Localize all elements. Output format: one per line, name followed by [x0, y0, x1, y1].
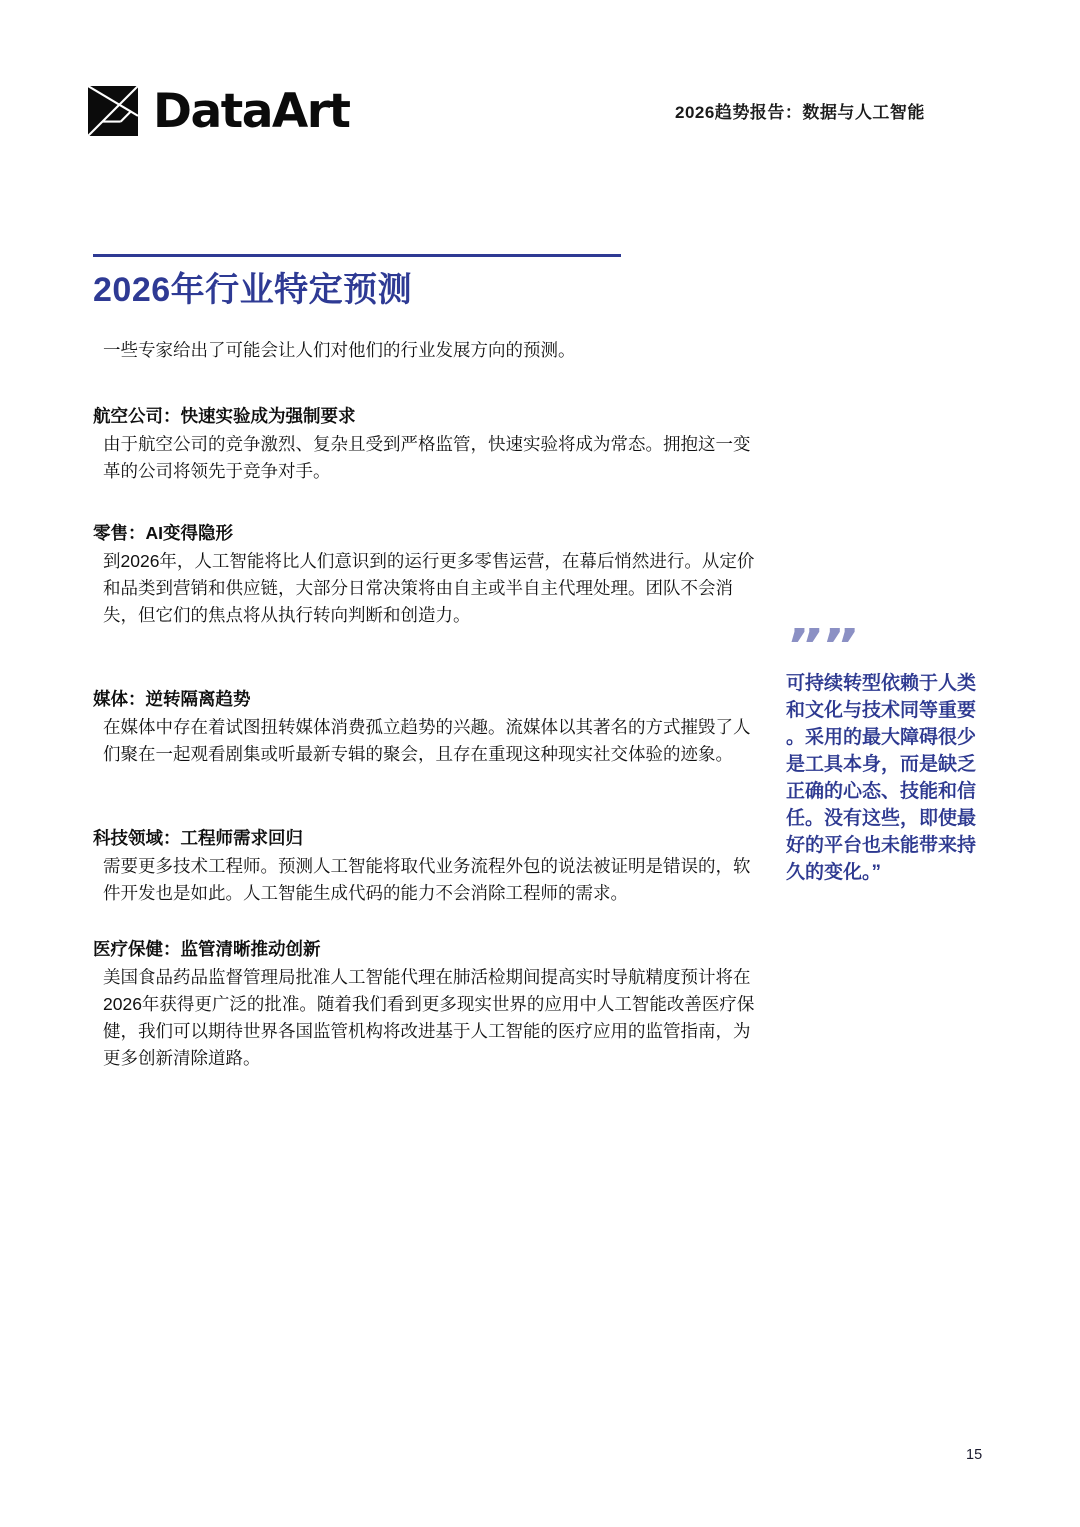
section-tech: 科技领域：工程师需求回归 需要更多技术工程师。预测人工智能将取代业务流程外包的说…	[93, 826, 760, 907]
section-healthcare-body: 美国食品药品监督管理局批准人工智能代理在肺活检期间提高实时导航精度预计将在202…	[93, 964, 760, 1072]
section-media-body: 在媒体中存在着试图扭转媒体消费孤立趋势的兴趣。流媒体以其著名的方式摧毁了人们聚在…	[93, 714, 760, 768]
logo-wordmark: DataArt	[153, 88, 349, 135]
section-media-heading: 媒体：逆转隔离趋势	[93, 687, 760, 712]
page-title: 2026年行业特定预测	[93, 270, 760, 311]
report-page: DataArt 2026趋势报告：数据与人工智能 2026年行业特定预测 一些专…	[0, 0, 1080, 1527]
section-retail-body: 到2026年，人工智能将比人们意识到的运行更多零售运营，在幕后悄然进行。从定价和…	[93, 548, 760, 629]
title-rule	[93, 254, 621, 257]
quote-marks-icon: ””	[786, 628, 992, 662]
dataart-logo: DataArt	[88, 86, 349, 136]
report-title: 2026趋势报告：数据与人工智能	[675, 98, 925, 123]
pullquote: ”” 可持续转型依赖于人类和文化与技术同等重要。采用的最大障碍很少是工具本身，而…	[786, 628, 992, 886]
section-airlines-body: 由于航空公司的竞争激烈、复杂且受到严格监管，快速实验将成为常态。拥抱这一变革的公…	[93, 431, 760, 485]
section-healthcare-heading: 医疗保健：监管清晰推动创新	[93, 937, 760, 962]
main-content: 2026年行业特定预测 一些专家给出了可能会让人们对他们的行业发展方向的预测。 …	[93, 254, 760, 1072]
pullquote-text: 可持续转型依赖于人类和文化与技术同等重要。采用的最大障碍很少是工具本身，而是缺乏…	[786, 670, 992, 886]
page-number: 15	[966, 1447, 982, 1463]
section-media: 媒体：逆转隔离趋势 在媒体中存在着试图扭转媒体消费孤立趋势的兴趣。流媒体以其著名…	[93, 687, 760, 768]
section-tech-body: 需要更多技术工程师。预测人工智能将取代业务流程外包的说法被证明是错误的，软件开发…	[93, 853, 760, 907]
dataart-logo-icon	[88, 86, 138, 136]
section-airlines-heading: 航空公司：快速实验成为强制要求	[93, 404, 760, 429]
section-tech-heading: 科技领域：工程师需求回归	[93, 826, 760, 851]
section-retail-heading: 零售：AI变得隐形	[93, 521, 760, 546]
intro-text: 一些专家给出了可能会让人们对他们的行业发展方向的预测。	[93, 337, 760, 364]
section-retail: 零售：AI变得隐形 到2026年，人工智能将比人们意识到的运行更多零售运营，在幕…	[93, 521, 760, 629]
section-airlines: 航空公司：快速实验成为强制要求 由于航空公司的竞争激烈、复杂且受到严格监管，快速…	[93, 404, 760, 485]
section-healthcare: 医疗保健：监管清晰推动创新 美国食品药品监督管理局批准人工智能代理在肺活检期间提…	[93, 937, 760, 1072]
